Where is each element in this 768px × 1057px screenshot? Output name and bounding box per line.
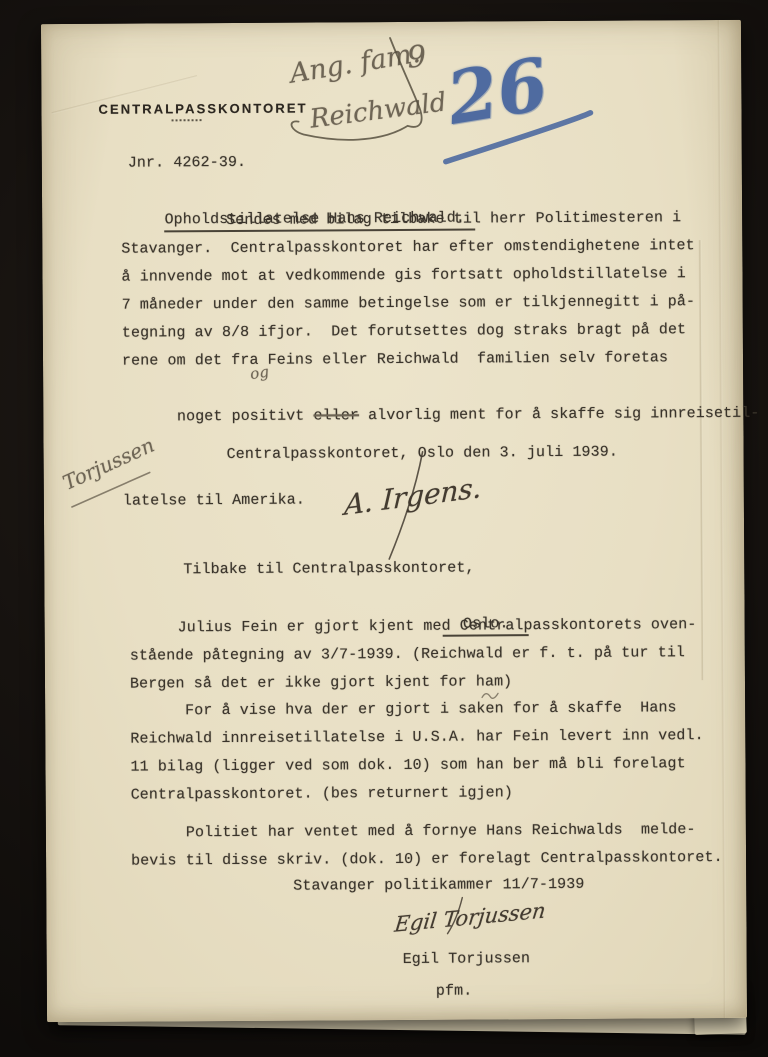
typed-line: Politiet har ventet med å fornye Hans Re… [186,816,711,847]
typed-title: pfm. [436,978,473,1006]
closing-dateline: Stavanger politikammer 11/7-1939 [293,871,584,901]
ink-signature-2: Egil Torjussen [393,898,547,936]
typed-line: For å vise hva der er gjort i saken for … [185,694,710,725]
annotation-line2: Reichwald [308,87,448,134]
paragraph-4: Politiet har ventet med å fornye Hans Re… [131,816,711,876]
paragraph-1: Sendes med bilag tilbake til herr Politi… [121,204,703,516]
line-segment: noget positivt [177,407,314,425]
typed-line: Julius Fein er gjort kjent med Centralpa… [178,611,710,642]
typed-line: Reichwald innreisetillatelse i U.S.A. ha… [130,722,710,754]
document-page: CENTRALPASSKONTORET Ang. fam. 9 Reichwal… [41,20,747,1022]
journal-number: Jnr. 4262-39. [128,149,246,178]
annotation-line1: Ang. fam. [288,38,423,90]
typed-line: å innvende mot at vedkommende gis fortsa… [121,260,701,292]
typed-line-with-correction: noget positivt eller alvorlig ment for å… [122,372,703,488]
paragraph-3: For å vise hva der er gjort i saken for … [130,694,711,810]
typed-line: Stavanger. Centralpasskontoret har efter… [121,232,701,264]
typed-line: 7 måneder under den samme betingelse som… [122,288,702,320]
typed-name: Egil Torjussen [403,945,531,974]
annotation-number: 9 [406,39,428,76]
struck-word: eller [313,407,359,424]
typed-line: Centralpasskontoret. (bes returnert igje… [131,778,711,810]
typed-line: Sendes med bilag tilbake til herr Politi… [226,204,701,235]
pencil-insertion: og [248,358,271,388]
return-heading: Tilbake til Centralpasskontoret, [183,555,474,585]
right-edge-crease [717,20,726,1018]
archive-number: 26 [442,48,553,135]
typed-line: tegning av 8/8 ifjor. Det forutsettes do… [122,316,702,348]
line-segment: alvorlig ment for å skaffe sig innreiset… [359,405,760,424]
typed-line: 11 bilag (ligger ved som dok. 10) som ha… [130,750,710,782]
dateline: Centralpasskontoret, Oslo den 3. juli 19… [227,439,619,469]
typed-line: rene om det fra Feins eller Reichwald fa… [122,344,702,376]
typed-line: stående påtegning av 3/7-1939. (Reichwal… [130,639,710,671]
paragraph-2: Julius Fein er gjort kjent med Centralpa… [130,611,711,699]
letterhead-rule [172,119,202,121]
screenshot-root: { "colors": { "paper": "#e8dfc4", "backg… [0,0,768,1057]
